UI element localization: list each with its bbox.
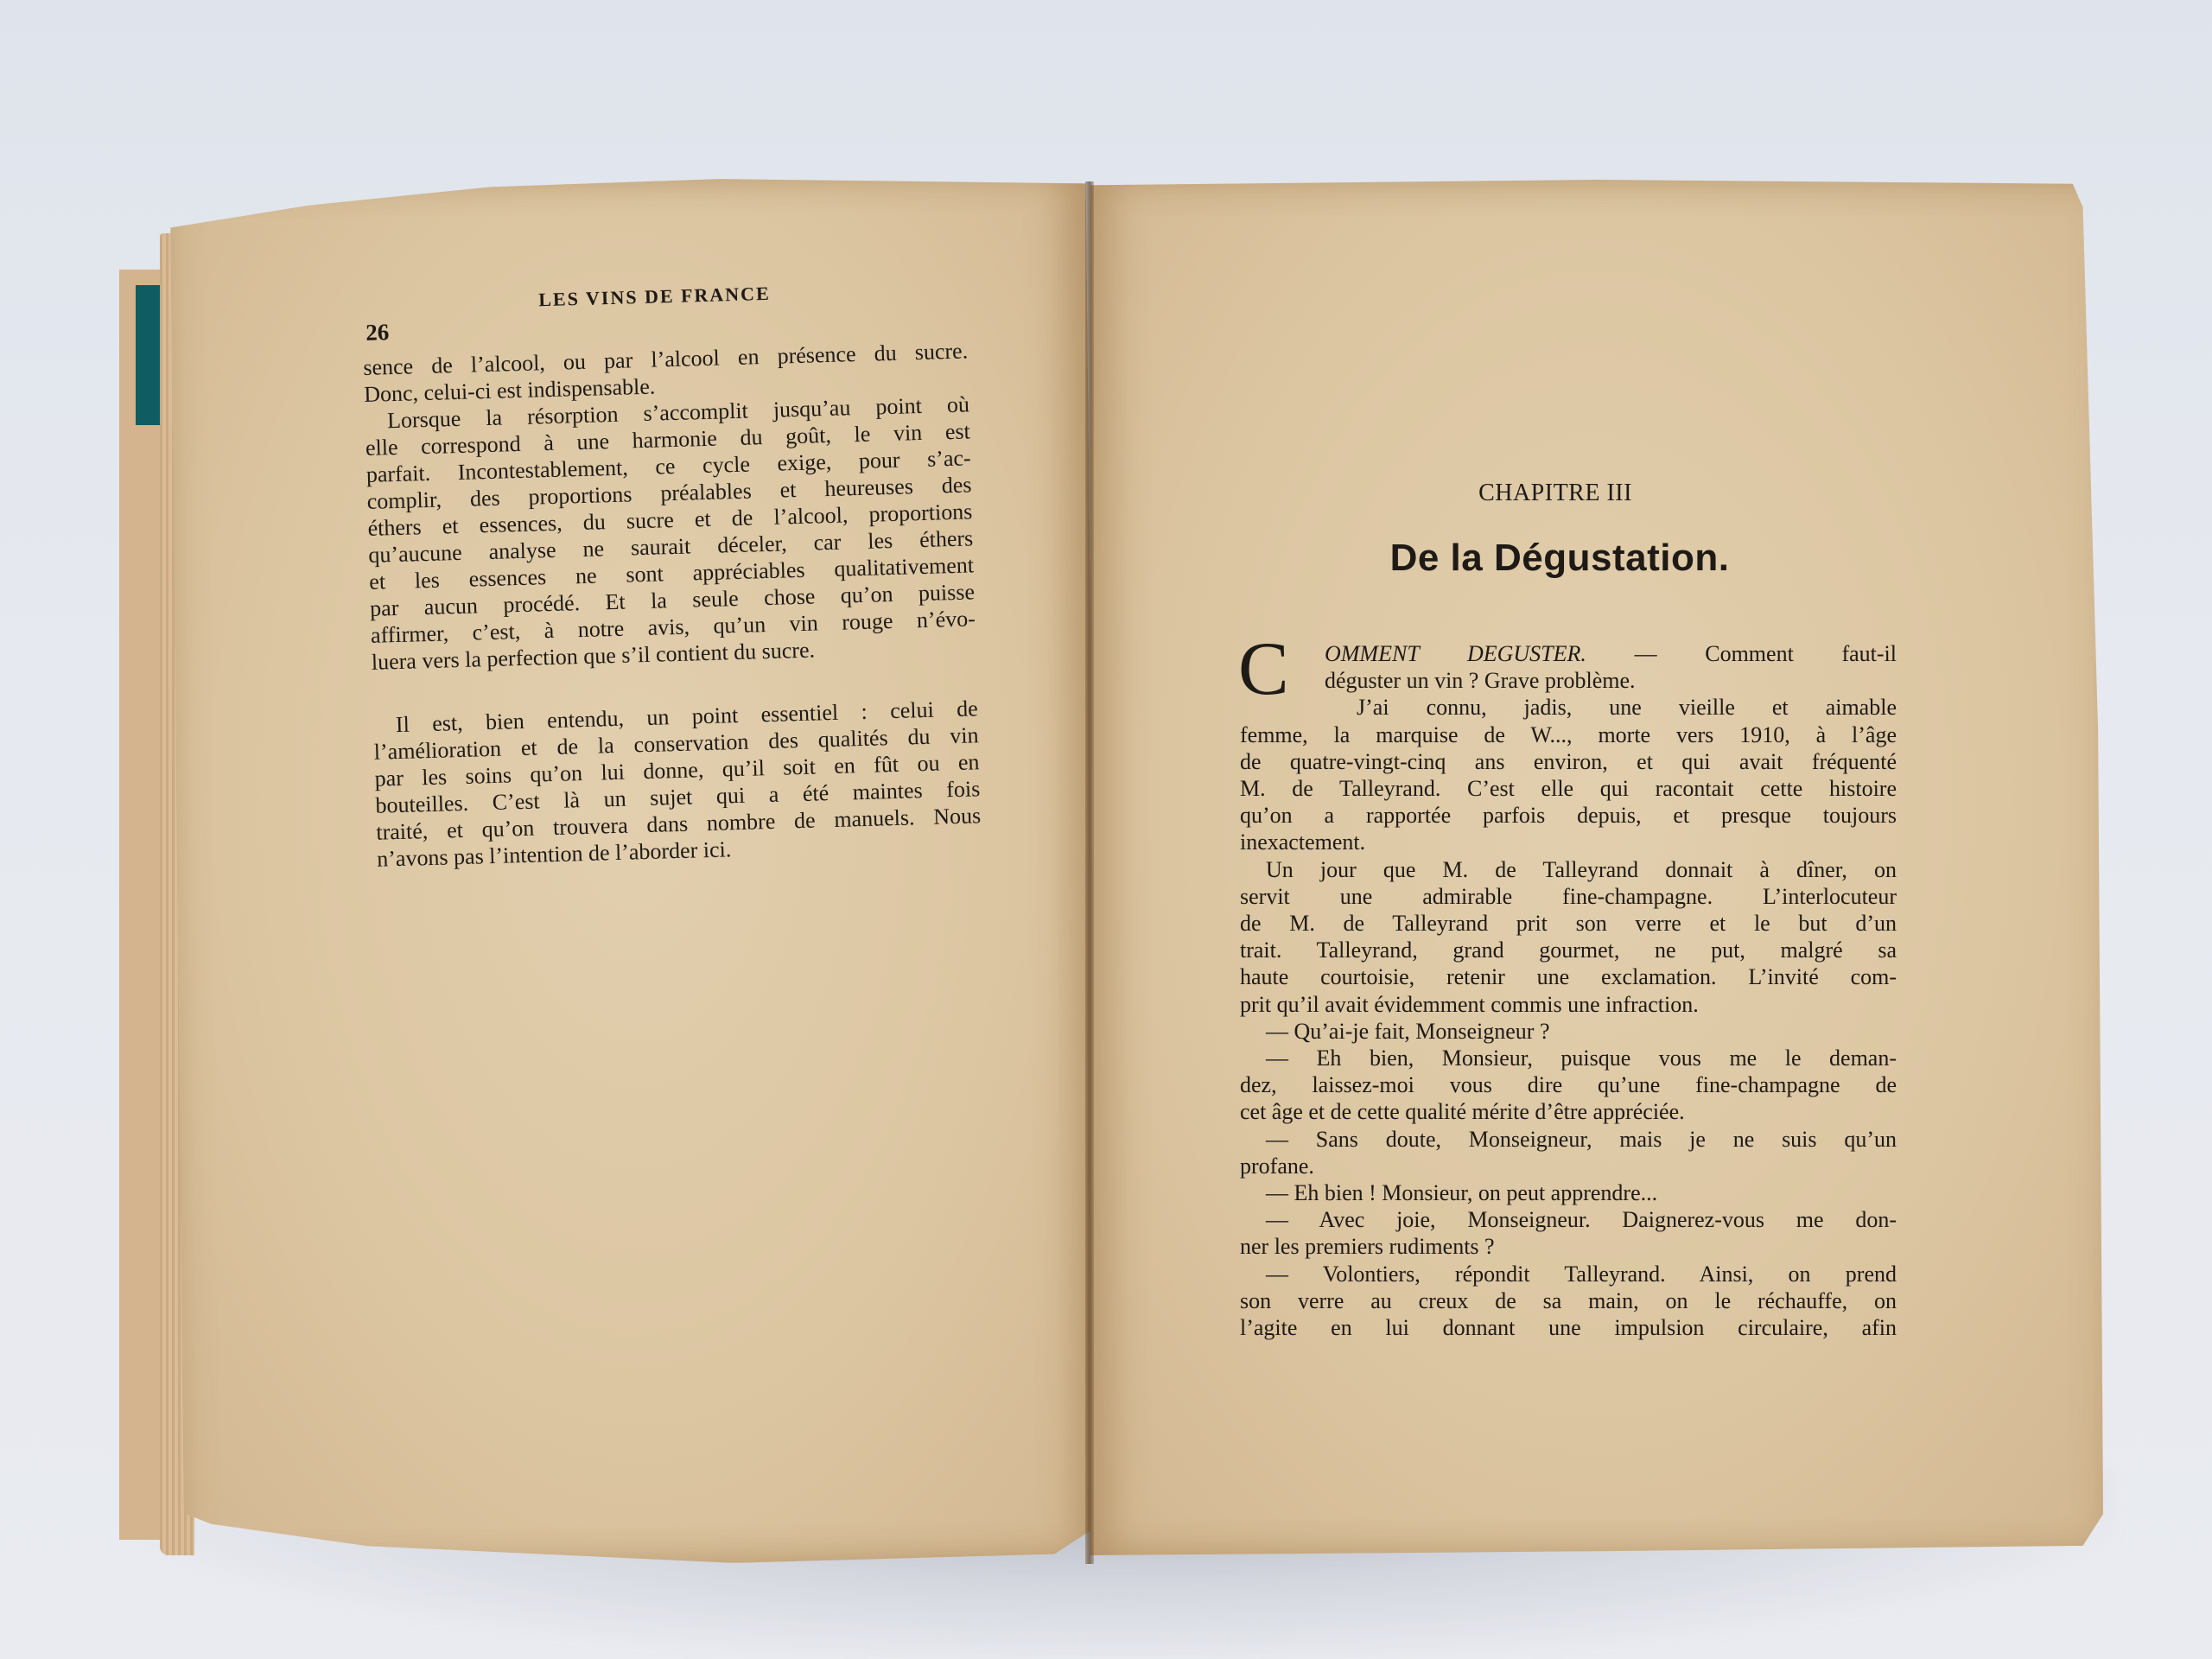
text-line: de quatre-vingt-cinq ans environ, et qui…	[1240, 748, 1897, 775]
text-line: déguster un vin ? Grave problème.	[1240, 667, 1897, 694]
page-number: 26	[365, 319, 390, 346]
text-line: Un jour que M. de Talleyrand donnait à d…	[1240, 856, 1897, 883]
book-gutter	[1085, 181, 1094, 1564]
chapter-title: De la Dégustation.	[1223, 537, 1897, 580]
dialogue-line: — Avec joie, Monseigneur. Daignerez-vous…	[1240, 1206, 1897, 1233]
text-line: trait. Talleyrand, grand gourmet, ne put…	[1240, 937, 1897, 963]
text-line: qu’on a rapportée parfois depuis, et pre…	[1240, 802, 1897, 829]
teal-binding-strip	[136, 285, 160, 425]
text-line: profane.	[1240, 1153, 1897, 1179]
text-line: servit une admirable fine-champagne. L’i…	[1240, 883, 1897, 910]
text-line: haute courtoisie, retenir une exclamatio…	[1240, 963, 1897, 990]
paragraph-2: Lorsque la résorption s’accomplit jusqu’…	[365, 391, 976, 675]
text-line: ner les premiers rudiments ?	[1240, 1233, 1897, 1260]
section-heading-italic: OMMENT DEGUSTER.	[1325, 641, 1586, 666]
text-fragment: — Comment faut-il	[1586, 641, 1897, 666]
dialogue-line: — Volontiers, répondit Talleyrand. Ainsi…	[1240, 1261, 1897, 1287]
dialogue-line: — Eh bien ! Monsieur, on peut apprendre.…	[1240, 1179, 1897, 1206]
chapter-label: CHAPITRE III	[1214, 480, 1897, 507]
text-line: M. de Talleyrand. C’est elle qui raconta…	[1240, 775, 1897, 802]
text-line: inexactement.	[1240, 829, 1897, 855]
right-page-content: CHAPITRE III De la Dégustation. C OMMENT…	[1240, 480, 1897, 1341]
text-line: de M. de Talleyrand prit son verre et le…	[1240, 910, 1897, 937]
dialogue-line: — Sans doute, Monseigneur, mais je ne su…	[1240, 1126, 1897, 1153]
left-page-content: 26 LES VINS DE FRANCE sence de l’alcool,…	[361, 276, 982, 872]
text-line: J’ai connu, jadis, une vieille et aimabl…	[1240, 694, 1897, 721]
text-line: dez, laissez-moi vous dire qu’une fine-c…	[1240, 1071, 1897, 1098]
drop-cap: C	[1238, 635, 1289, 704]
text-line: cet âge et de cette qualité mérite d’êtr…	[1240, 1098, 1897, 1125]
text-line: OMMENT DEGUSTER. — Comment faut-il	[1240, 640, 1897, 667]
dialogue-line: — Eh bien, Monsieur, puisque vous me le …	[1240, 1045, 1897, 1071]
text-line: son verre au creux de sa main, on le réc…	[1240, 1287, 1897, 1314]
text-line: prit qu’il avait évidemment commis une i…	[1240, 991, 1897, 1018]
paragraph-3: Il est, bien entendu, un point essentiel…	[373, 695, 982, 872]
chapter-body: C OMMENT DEGUSTER. — Comment faut-il dég…	[1240, 640, 1897, 1341]
dialogue-line: — Qu’ai-je fait, Monseigneur ?	[1240, 1018, 1897, 1045]
text-line: l’agite en lui donnant une impulsion cir…	[1240, 1314, 1897, 1341]
text-line: femme, la marquise de W..., morte vers 1…	[1240, 721, 1897, 748]
